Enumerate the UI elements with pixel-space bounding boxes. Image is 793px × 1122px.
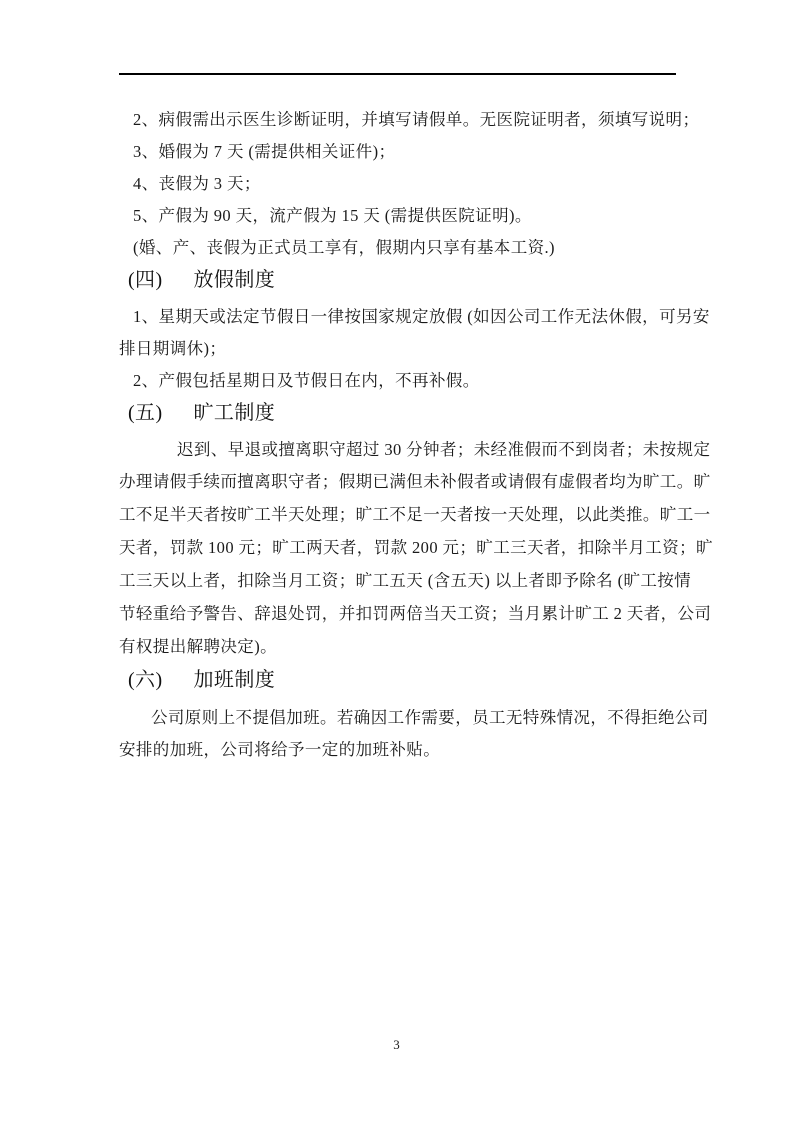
doc-line: 5、产假为 90 天，流产假为 15 天 (需提供医院证明)。 bbox=[133, 206, 532, 226]
doc-line: 1、星期天或法定节假日一律按国家规定放假 (如因公司工作无法休假，可另安 bbox=[133, 307, 710, 327]
section-number: (四) bbox=[128, 269, 163, 291]
document-page: 2、病假需出示医生诊断证明，并填写请假单。无医院证明者，须填写说明； 3、婚假为… bbox=[0, 0, 793, 1122]
doc-line: 安排的加班，公司将给予一定的加班补贴。 bbox=[119, 740, 440, 760]
section-number: (六) bbox=[128, 669, 163, 691]
doc-line: 工三天以上者，扣除当月工资；旷工五天 (含五天) 以上者即予除名 (旷工按情 bbox=[119, 571, 691, 591]
doc-line: 工不足半天者按旷工半天处理；旷工不足一天者按一天处理，以此类推。旷工一 bbox=[119, 505, 711, 525]
doc-line: 排日期调休)； bbox=[119, 339, 226, 359]
section-title: 放假制度 bbox=[194, 269, 276, 291]
section-heading-5: (五)旷工制度 bbox=[128, 401, 275, 425]
doc-line: 公司原则上不提倡加班。若确因工作需要，员工无特殊情况，不得拒绝公司 bbox=[151, 708, 709, 728]
section-title: 旷工制度 bbox=[194, 402, 276, 424]
doc-line: 2、产假包括星期日及节假日在内，不再补假。 bbox=[133, 371, 480, 391]
section-heading-4: (四)放假制度 bbox=[128, 268, 275, 292]
doc-line: 办理请假手续而擅离职守者；假期已满但未补假者或请假有虚假者均为旷工。旷 bbox=[119, 472, 711, 492]
page-number: 3 bbox=[0, 1037, 793, 1053]
doc-line: 迟到、早退或擅离职守超过 30 分钟者；未经准假而不到岗者；未按规定 bbox=[177, 440, 710, 460]
section-number: (五) bbox=[128, 402, 163, 424]
doc-line: (婚、产、丧假为正式员工享有，假期内只享有基本工资.) bbox=[133, 238, 555, 258]
doc-line: 天者，罚款 100 元；旷工两天者，罚款 200 元；旷工三天者，扣除半月工资；… bbox=[119, 538, 713, 558]
header-divider-line bbox=[119, 73, 676, 75]
doc-line: 4、丧假为 3 天； bbox=[133, 174, 261, 194]
doc-line: 节轻重给予警告、辞退处罚，并扣罚两倍当天工资；当月累计旷工 2 天者，公司 bbox=[119, 604, 711, 624]
doc-line: 3、婚假为 7 天 (需提供相关证件)； bbox=[133, 142, 395, 162]
doc-line: 2、病假需出示医生诊断证明，并填写请假单。无医院证明者，须填写说明； bbox=[133, 110, 699, 130]
section-heading-6: (六)加班制度 bbox=[128, 668, 275, 692]
section-title: 加班制度 bbox=[194, 669, 276, 691]
doc-line: 有权提出解聘决定)。 bbox=[119, 637, 277, 657]
